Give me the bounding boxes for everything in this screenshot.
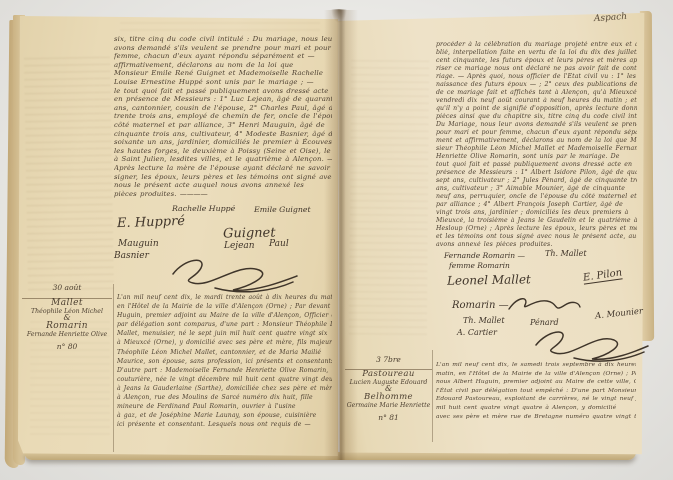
handwritten-line: Monsieur Emile René Guignet et Mademoise…: [114, 69, 332, 78]
handwritten-line: vendredi dix neuf août courant à neuf he…: [436, 97, 637, 105]
handwritten-line: L'an mil neuf cent dix, le samedi trois …: [436, 361, 636, 370]
illegible-witness-paraph: [505, 291, 583, 317]
handwritten-line: à Saint Julien, lesdites villes, et le q…: [114, 155, 332, 164]
handwritten-line: nous Albert Huguin, premier adjoint au M…: [436, 378, 636, 387]
handwritten-line: pièces ainsi que du chapitre six, titre …: [436, 113, 637, 121]
margin-act-number: n° 80: [22, 342, 112, 351]
signature-th-mallet-top: Th. Mallet: [545, 249, 587, 258]
handwritten-line: naissance des futurs époux — ; 2° ceux d…: [436, 81, 637, 89]
handwritten-line: soixante un ans, jardinier, domiciliés l…: [114, 138, 332, 147]
binding-top-notch: [331, 9, 347, 23]
handwritten-line: mil huit cent quatre vingt quatre à Alen…: [436, 404, 636, 413]
handwritten-line: six, titre cinq du code civil intitulé :…: [114, 35, 332, 44]
handwritten-line: nous le présent acte auquel nous avons a…: [114, 181, 332, 190]
handwritten-line: neuf ans, perruquier, oncle de l'épouse …: [436, 193, 637, 201]
handwritten-line: et les témoins ont tous signé avec nous …: [436, 233, 637, 241]
handwritten-line: Mallet, menuisier, né le sept juin mil h…: [117, 329, 332, 338]
signature-lejean: Lejean: [224, 241, 255, 251]
handwritten-line: par alliance ; 4° Albert François Joseph…: [436, 201, 637, 209]
handwritten-line: côté maternel et par alliance, 3° Henri …: [114, 121, 332, 130]
margin-surname-groom: Mallet: [22, 298, 112, 308]
margin-act-number: n° 81: [345, 413, 432, 422]
signature-basnier: Basnier: [114, 251, 149, 261]
handwritten-line: signer, les époux, leurs pères et les té…: [114, 173, 332, 182]
handwritten-line: à gaz, et de Joséphine Marie Launay, son…: [117, 411, 332, 420]
handwritten-line: Hesloup (Orne) ; Après lecture les époux…: [436, 225, 637, 233]
signature-e-huppre: E. Huppré: [117, 214, 185, 231]
handwritten-line: mineure de Ferdinand Paul Romarin, ouvri…: [117, 402, 332, 411]
signature-romarin: Romarin —: [452, 300, 509, 311]
handwritten-line: L'an mil neuf cent dix, le mardi trente …: [117, 293, 332, 302]
handwritten-line: cinquante trois ans, cultivateur, 4° Mod…: [114, 130, 332, 139]
margin-givennames-bride: Fernande Henriette Olive: [22, 331, 112, 338]
scanned-register-photo: Aspach six, titre cinq du code civil int…: [0, 0, 673, 480]
signature-guignet: Guignet: [223, 226, 276, 242]
handwritten-line: Après lecture la mère de l'épouse ayant …: [114, 164, 332, 173]
handwritten-line: matin, en l'Hôtel de la Mairie de la vil…: [436, 370, 636, 379]
handwritten-line: Du Mariage, nous leur avons demandé s'il…: [436, 121, 637, 129]
margin-givennames-bride: Germaine Marie Henriette: [345, 402, 432, 409]
handwritten-line: ici présente et consentant. Lesquels nou…: [117, 420, 332, 429]
handwritten-line: le tout quoi fait et passé publiquement …: [114, 87, 332, 96]
handwritten-line: procéder à la célébration du mariage pro…: [436, 41, 637, 49]
left-act-80-text: L'an mil neuf cent dix, le mardi trente …: [117, 293, 332, 431]
signature-leonel-mallet: Leonel Mallet: [447, 272, 531, 287]
handwritten-line: tout quoi fait et passé publiquement avo…: [436, 161, 637, 169]
handwritten-line: avons annexé les pièces produites.: [436, 241, 637, 249]
margin-surname-bride: Romarin: [22, 321, 112, 331]
handwritten-line: présence de Messieurs : 1° Albert Isidor…: [436, 169, 637, 177]
right-act-continuation-text: procéder à la célébration du mariage pro…: [436, 41, 637, 250]
mayor-signature-paraph-right: [520, 325, 655, 363]
handwritten-line: Henriette Olive Romarin, sont unis par l…: [436, 153, 637, 161]
handwritten-line: de ce mariage fait et affichés tant à Al…: [436, 89, 637, 97]
handwritten-line: ans, cultivateur ; 3° Aimable Mounier, â…: [436, 185, 637, 193]
signature-rachelle-huppe: Rachelle Huppé: [172, 204, 235, 213]
handwritten-line: à Jeans la Gauderlaine (Sarthe), domicil…: [117, 384, 332, 393]
handwritten-line: vingt trois ans, jardinier ; domiciliés …: [436, 209, 637, 217]
signature-emile-guignet: Emile Guignet: [254, 205, 311, 214]
handwritten-line: par délégation sont comparus, d'une part…: [117, 320, 332, 329]
margin-date: 30 août: [22, 283, 112, 292]
handwritten-line: pièces produites. ————: [114, 190, 332, 199]
signature-th-mallet-small: Th. Mallet: [463, 316, 505, 325]
handwritten-line: en présence de Messieurs : 1° Luc Lejean…: [114, 95, 332, 104]
handwritten-line: ans, cantonnier, cousin de l'épouse, 2° …: [114, 104, 332, 113]
signature-fernande-romarin: Fernande Romarin —: [444, 251, 525, 260]
handwritten-line: les hautes forges, le deuxième à Poissy …: [114, 147, 332, 156]
handwritten-line: avec ses père et mère rue de Bretagne nu…: [436, 413, 636, 422]
handwritten-line: cent cinquante, les futurs époux et leur…: [436, 57, 637, 65]
margin-surname-groom: Pastoureau: [345, 369, 432, 379]
handwritten-line: blié, interpellation faite en vertu de l…: [436, 49, 637, 57]
handwritten-line: en l'Hôtel de la Mairie de la ville d'Al…: [117, 302, 332, 311]
handwritten-line: riser ce mariage nous ont déclaré ne pas…: [436, 65, 637, 73]
handwritten-line: qu'il n'y a point de signifié d'oppositi…: [436, 105, 637, 113]
handwritten-line: avons demandé s'ils veulent se prendre p…: [114, 44, 332, 53]
signature-mauguin: Mauguin: [118, 239, 159, 249]
handwritten-line: Maurice, son épouse, sans profession, ic…: [117, 357, 332, 366]
handwritten-line: sieur Théophile Léon Michel Mallet et Ma…: [436, 145, 637, 153]
signature-a-cartier: A. Cartier: [457, 328, 497, 337]
right-margin-entry: 3 7bre Pastoureau Lucien Auguste Edouard…: [345, 355, 432, 422]
handwritten-line: sept ans, cultivateur ; 2° Jules Pénard,…: [436, 177, 637, 185]
margin-surname-bride: Belhomme: [345, 392, 432, 402]
handwritten-line: Edouard Pastoureau, exploitant de carriè…: [436, 395, 636, 404]
handwritten-line: Huguin, premier adjoint au Maire de la v…: [117, 311, 332, 320]
handwritten-line: Mieuxcé, la troisième à Jeans le Gaudeli…: [436, 217, 637, 225]
handwritten-line: à Alençon, rue des Moulins de Sarcé numé…: [117, 393, 332, 402]
handwritten-line: femme, chacun d'eux ayant répondu séparé…: [114, 52, 332, 61]
handwritten-line: D'autre part : Mademoiselle Fernande Hen…: [117, 366, 332, 375]
handwritten-line: pour mari et pour femme, chacun d'eux ay…: [436, 129, 637, 137]
left-act-continuation-text: six, titre cinq du code civil intitulé :…: [114, 35, 332, 201]
handwritten-line: Théophile Léon Michel Mallet, cantonnier…: [117, 348, 332, 357]
right-page-margin-rule: [432, 350, 433, 442]
handwritten-line: trente trois ans, employé de chemin de f…: [114, 112, 332, 121]
handwritten-line: Louise Ernestine Huppé sont unis par le …: [114, 78, 332, 87]
left-page-margin-rule: [113, 284, 114, 452]
right-act-81-text: L'an mil neuf cent dix, le samedi trois …: [436, 361, 636, 423]
handwritten-line: l'État civil par délégation tout empêché…: [436, 387, 636, 396]
signature-paul: Paul: [269, 239, 289, 249]
left-margin-entry: 30 août Mallet Théophile Léon Michel & R…: [22, 283, 112, 351]
handwritten-line: couturière, née le vingt décembre mil hu…: [117, 375, 332, 384]
handwritten-line: ment et affirmativement, déclarons au no…: [436, 137, 637, 145]
handwritten-line: affirmativement, déclarons au nom de la …: [114, 61, 332, 70]
margin-date: 3 7bre: [345, 355, 432, 364]
handwritten-line: à Mieuxcé (Orne), y domicilié avec ses p…: [117, 338, 332, 347]
mayor-signature-paraph-left: [155, 252, 305, 294]
signature-femme-romarin: femme Romarin: [449, 261, 510, 270]
handwritten-line: riage. — Après quoi, nous officier de l'…: [436, 73, 637, 81]
